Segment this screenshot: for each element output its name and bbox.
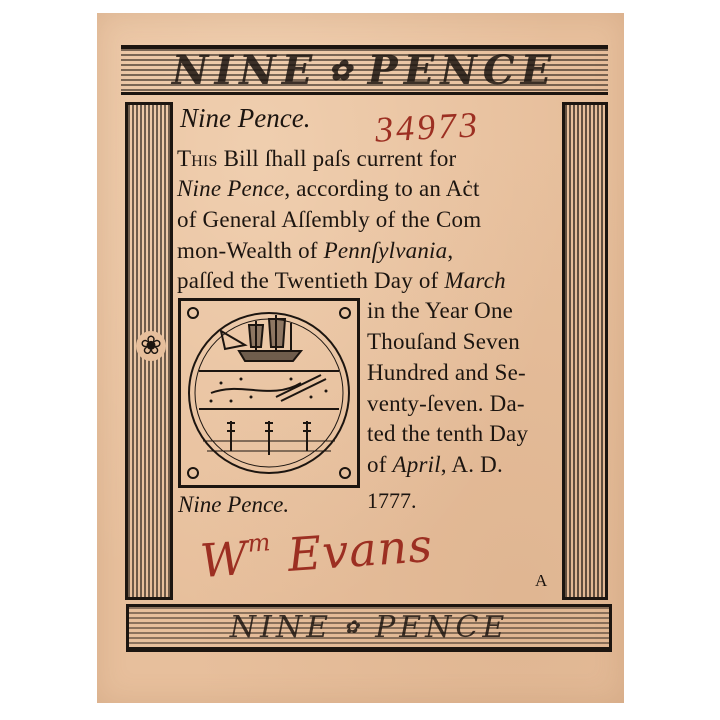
body-line: mon-Wealth of Pennſylvania,	[177, 238, 453, 264]
body-line: of General Aſſembly of the Com	[177, 207, 481, 233]
pennsylvania-seal-icon	[178, 298, 360, 488]
body-line: in the Year One	[367, 298, 513, 324]
body-text: April	[393, 452, 441, 477]
issue-year: 1777.	[367, 488, 417, 514]
body-line: Nine Pence, according to an Aċt	[177, 176, 480, 202]
denomination-heading: Nine Pence.	[180, 103, 310, 134]
banner-word-left: NINE	[172, 47, 318, 94]
bottom-denomination-banner: NINE ✿ PENCE	[126, 604, 612, 652]
body-line: ted the tenth Day	[367, 421, 528, 447]
body-text: This	[177, 146, 218, 171]
body-text: Pennſylvania	[324, 238, 448, 263]
right-ornamental-border	[562, 102, 608, 600]
body-text: venty-ſeven. Da-	[367, 391, 525, 416]
body-text: paſſed the Twentieth Day of	[177, 268, 444, 293]
body-text: of General Aſſembly of the Com	[177, 207, 481, 232]
banner-word-right: PENCE	[368, 47, 557, 94]
serial-number: 34973	[374, 103, 481, 150]
rosette-icon: ✿	[328, 54, 357, 87]
body-line: paſſed the Twentieth Day of March	[177, 268, 506, 294]
body-text: , A. D.	[441, 452, 503, 477]
signature-superscript: m	[247, 528, 273, 558]
body-text: mon-Wealth of	[177, 238, 324, 263]
plate-letter: A	[535, 571, 547, 591]
body-text: Nine Pence	[177, 176, 284, 201]
body-text: ,	[447, 238, 453, 263]
left-ornamental-border: ❀	[125, 102, 173, 600]
body-text: , according to an Aċt	[284, 176, 479, 201]
rosette-icon: ✿	[344, 617, 363, 638]
body-line: venty-ſeven. Da-	[367, 391, 525, 417]
body-text: Bill ſhall paſs current for	[218, 146, 457, 171]
body-line: Hundred and Se-	[367, 360, 526, 386]
body-line: of April, A. D.	[367, 452, 503, 478]
top-denomination-banner: NINE ✿ PENCE	[121, 45, 608, 95]
body-line: Thouſand Seven	[367, 329, 520, 355]
body-text: of	[367, 452, 393, 477]
flower-icon: ❀	[136, 331, 166, 361]
signature-initial: W	[198, 531, 250, 588]
body-text: ted the tenth Day	[367, 421, 528, 446]
body-text: Thouſand Seven	[367, 329, 520, 354]
body-text: March	[444, 268, 505, 293]
signature-surname: Evans	[286, 518, 435, 582]
body-line: This Bill ſhall paſs current for	[177, 146, 456, 172]
body-text: in the Year One	[367, 298, 513, 323]
banner-word-right: PENCE	[375, 610, 508, 645]
banner-word-left: NINE	[230, 610, 332, 645]
banknote-paper	[97, 13, 624, 703]
footer-denomination: Nine Pence.	[178, 492, 289, 518]
body-text: Hundred and Se-	[367, 360, 526, 385]
